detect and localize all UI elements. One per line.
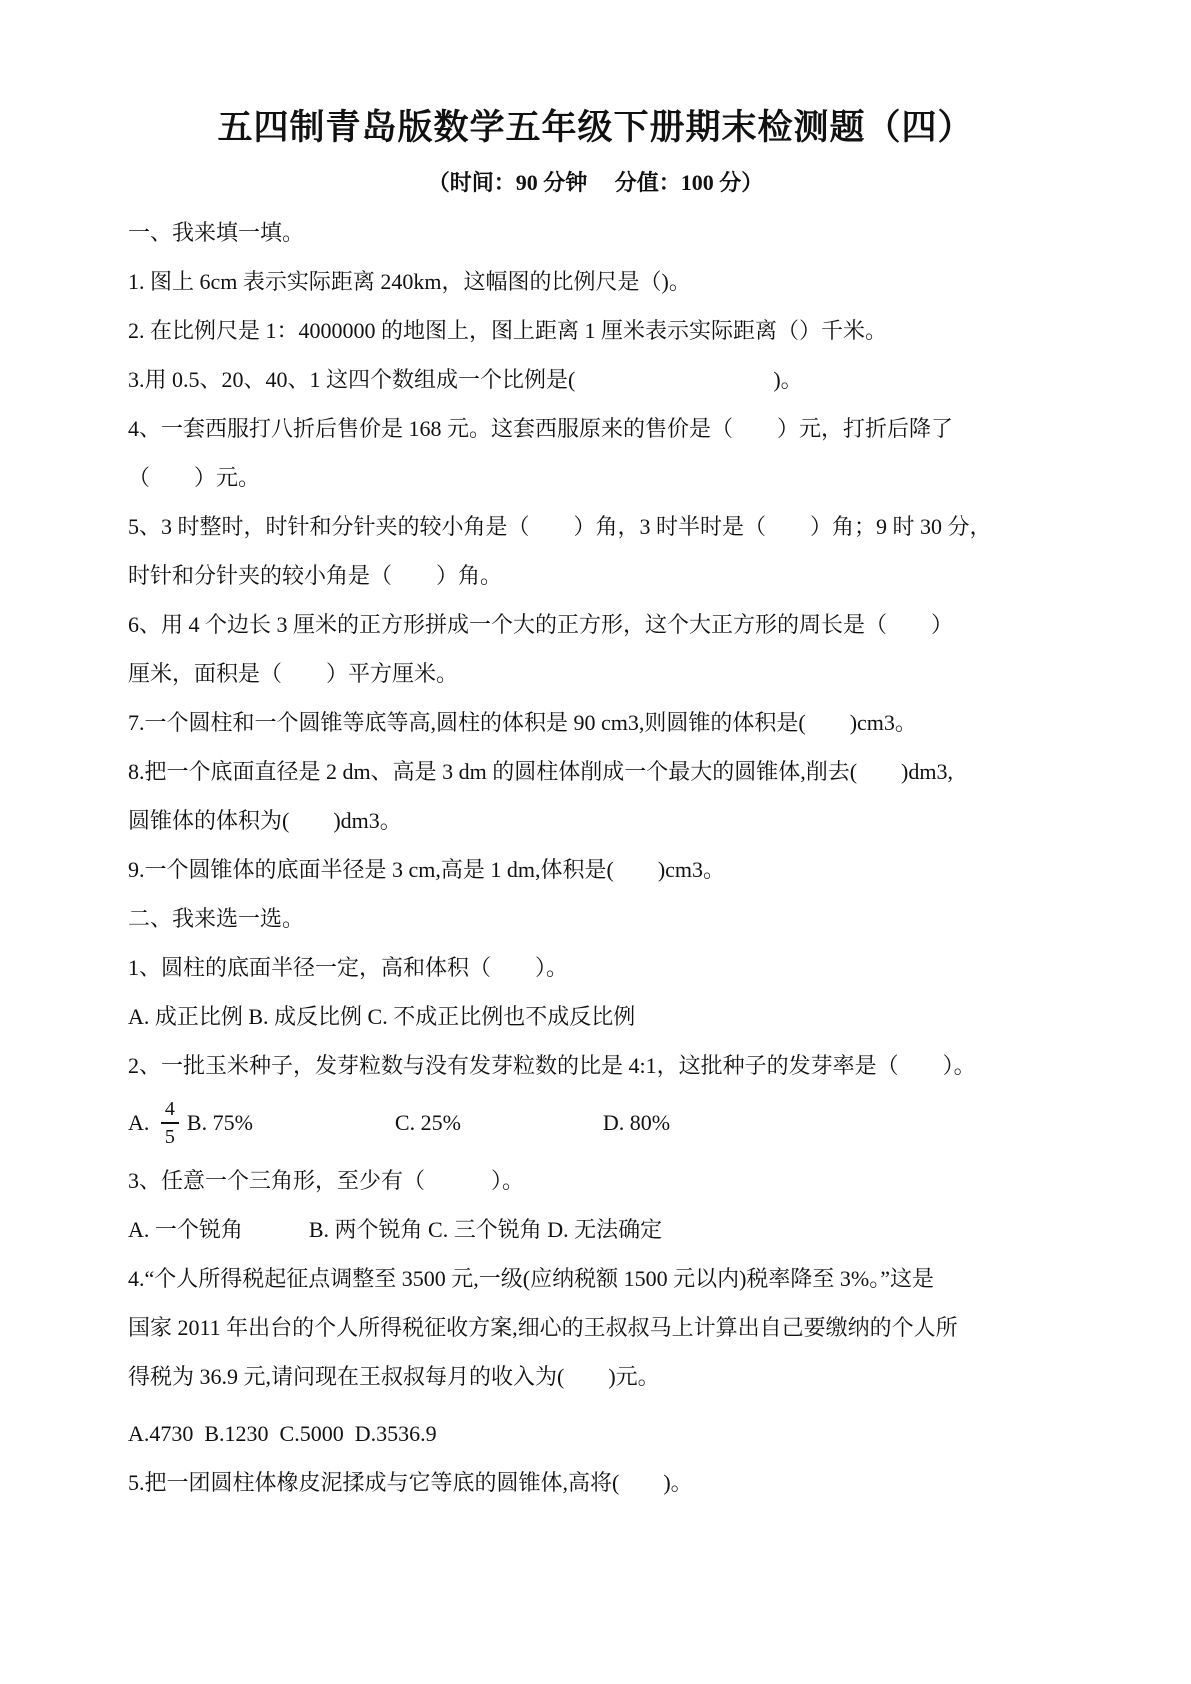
s1-question-9: 9.一个圆锥体的底面半径是 3 cm,高是 1 dm,体积是( )cm3。	[128, 845, 1063, 894]
exam-page: 五四制青岛版数学五年级下册期末检测题（四） （时间：90 分钟 分值：100 分…	[0, 0, 1191, 1684]
s1-question-7: 7.一个圆柱和一个圆锥等底等高,圆柱的体积是 90 cm3,则圆锥的体积是( )…	[128, 698, 1063, 747]
s2-question-3: 3、任意一个三角形，至少有（ ）。	[128, 1156, 1063, 1205]
s1-question-4-line-2: （ ）元。	[128, 453, 1063, 502]
s2-question-4-line-3: 得税为 36.9 元,请问现在王叔叔每月的收入为( )元。	[128, 1352, 1063, 1401]
option-a-label: A.	[128, 1110, 155, 1136]
s1-question-4-line-1: 4、一套西服打八折后售价是 168 元。这套西服原来的售价是（ ）元，打折后降了	[128, 404, 1063, 453]
s1-question-3: 3.用 0.5、20、40、1 这四个数组成一个比例是( )。	[128, 355, 1063, 404]
exam-meta: （时间：90 分钟 分值：100 分）	[128, 168, 1063, 198]
s1-question-1: 1. 图上 6cm 表示实际距离 240km，这幅图的比例尺是（)。	[128, 257, 1063, 306]
s2-question-2: 2、一批玉米种子，发芽粒数与没有发芽粒数的比是 4:1，这批种子的发芽率是（ ）…	[128, 1041, 1063, 1090]
s1-question-5-line-2: 时针和分针夹的较小角是（ ）角。	[128, 551, 1063, 600]
s1-question-6-line-1: 6、用 4 个边长 3 厘米的正方形拼成一个大的正方形，这个大正方形的周长是（ …	[128, 600, 1063, 649]
s2-question-4-line-1: 4.“个人所得税起征点调整至 3500 元,一级(应纳税额 1500 元以内)税…	[128, 1254, 1063, 1303]
s1-question-6-line-2: 厘米，面积是（ ）平方厘米。	[128, 649, 1063, 698]
fraction-numerator: 4	[161, 1097, 179, 1124]
s1-question-8-line-2: 圆锥体的体积为( )dm3。	[128, 796, 1063, 845]
section-2-heading: 二、我来选一选。	[128, 894, 1063, 943]
s2-question-4-line-2: 国家 2011 年出台的个人所得税征收方案,细心的王叔叔马上计算出自己要缴纳的个…	[128, 1303, 1063, 1352]
s2-question-3-options: A. 一个锐角 B. 两个锐角 C. 三个锐角 D. 无法确定	[128, 1205, 1063, 1254]
s2-question-2-options: A. 4 5 B. 75% C. 25% D. 80%	[128, 1090, 1063, 1156]
s2-question-4-options: A.4730 B.1230 C.5000 D.3536.9	[128, 1409, 1063, 1458]
option-b: B. 75%	[187, 1110, 253, 1136]
s2-question-1-options: A. 成正比例 B. 成反比例 C. 不成正比例也不成反比例	[128, 992, 1063, 1041]
s1-question-5-line-1: 5、3 时整时，时针和分针夹的较小角是（ ）角，3 时半时是（ ）角；9 时 3…	[128, 502, 1063, 551]
section-1-heading: 一、我来填一填。	[128, 208, 1063, 257]
fraction-four-fifths: 4 5	[161, 1097, 179, 1149]
exam-body: 一、我来填一填。 1. 图上 6cm 表示实际距离 240km，这幅图的比例尺是…	[128, 208, 1063, 1507]
s1-question-2: 2. 在比例尺是 1：4000000 的地图上，图上距离 1 厘米表示实际距离（…	[128, 306, 1063, 355]
page-title: 五四制青岛版数学五年级下册期末检测题（四）	[128, 104, 1063, 152]
option-c: C. 25%	[395, 1110, 461, 1136]
option-d: D. 80%	[603, 1110, 670, 1136]
s2-question-5: 5.把一团圆柱体橡皮泥揉成与它等底的圆锥体,高将( )。	[128, 1458, 1063, 1507]
s2-question-1: 1、圆柱的底面半径一定，高和体积（ ）。	[128, 943, 1063, 992]
fraction-denominator: 5	[165, 1124, 175, 1149]
s1-question-8-line-1: 8.把一个底面直径是 2 dm、高是 3 dm 的圆柱体削成一个最大的圆锥体,削…	[128, 747, 1063, 796]
